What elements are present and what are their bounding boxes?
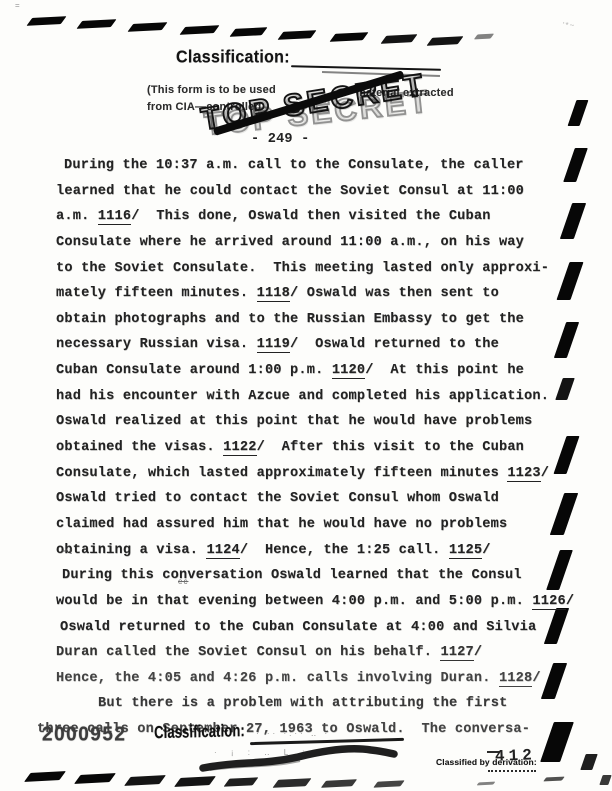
sprocket-hole-mark (26, 16, 66, 26)
scan-artifact: '*~ (563, 21, 575, 30)
footnote-ref: 1116 (98, 209, 131, 225)
body-line: Consulate where he arrived around 11:00 … (56, 235, 566, 261)
sprocket-hole-mark (24, 771, 66, 782)
body-line: learned that he could contact the Soviet… (56, 184, 566, 210)
footnote-ref: 1126 (532, 594, 565, 610)
body-line: obtain photographs and to the Russian Em… (56, 312, 566, 338)
body-text-segment: / (566, 594, 574, 609)
body-line: had his encounter with Azcue and complet… (56, 389, 566, 415)
body-text-segment: / Oswald was then sent to (290, 286, 499, 301)
body-text-segment: / (541, 466, 549, 481)
body-text-segment: claimed had assured him that he would ha… (56, 517, 507, 532)
body-text-segment: / At this point he (365, 363, 524, 378)
body-text-segment: a.m. (56, 209, 98, 224)
body-line: Oswald tried to contact the Soviet Consu… (56, 491, 566, 517)
sprocket-hole-mark (272, 778, 311, 788)
sprocket-hole-mark (329, 32, 368, 42)
sprocket-hole-mark (229, 27, 267, 37)
body-text-segment: Oswald realized at this point that he wo… (56, 414, 532, 429)
sprocket-hole-mark (426, 36, 463, 46)
sprocket-hole-mark (74, 773, 116, 784)
body-text: During the 10:37 a.m. call to the Consul… (56, 158, 566, 748)
footnote-ref: 1123 (507, 466, 540, 482)
sprocket-hole-mark (224, 777, 259, 786)
body-text-segment: / Oswald returned to the (290, 337, 499, 352)
body-text-segment: Oswald returned to the Cuban Consulate a… (60, 620, 536, 635)
body-text-segment: obtain photographs and to the Russian Em… (56, 312, 524, 327)
body-text-segment: Cuban Consulate around 1:00 p.m. (56, 363, 332, 378)
sprocket-hole-mark (174, 776, 216, 787)
body-text-segment: had his encounter with Azcue and complet… (56, 389, 549, 404)
body-text-segment: necessary Russian visa. (56, 337, 257, 352)
body-text-segment: would be in that evening between 4:00 p.… (56, 594, 532, 609)
footnote-ref: 1124 (206, 543, 239, 559)
body-line: Duran called the Soviet Consul on his be… (56, 645, 566, 671)
sprocket-hole-mark (474, 34, 494, 40)
sprocket-hole-mark (321, 779, 357, 788)
body-line: obtained the visas. 1122/ After this vis… (56, 440, 566, 466)
sprocket-hole-mark (373, 780, 404, 787)
footnote-ref: 1120 (332, 363, 365, 379)
scanned-document-page: Classification: (This form is to be used… (0, 0, 612, 791)
body-line: would be in that evening between 4:00 p.… (56, 594, 566, 620)
body-line: Consulate, which lasted approximately fi… (56, 466, 566, 492)
sprocket-hole-mark (543, 777, 565, 782)
sprocket-hole-mark (127, 22, 167, 32)
scan-artifact: = (15, 1, 20, 10)
footnote-ref: 1125 (449, 543, 482, 559)
pencil-annotation: ⇀t (61, 546, 73, 557)
sprocket-hole-mark (179, 25, 219, 35)
body-line: But there is a problem with attributing … (58, 696, 566, 722)
sprocket-hole-mark (124, 775, 166, 786)
sprocket-hole-mark (580, 754, 598, 770)
pencil-annotation: ec (178, 577, 188, 586)
serial-number-stamp: 2000952 (42, 723, 126, 747)
body-text-segment: / (532, 671, 540, 686)
body-line: necessary Russian visa. 1119/ Oswald ret… (56, 337, 566, 363)
classified-by-value: 412 (495, 746, 536, 765)
body-text-segment: / (482, 543, 490, 558)
sprocket-hole-mark (477, 782, 496, 786)
body-text-segment: / This done, Oswald then visited the Cub… (131, 209, 490, 224)
footnote-ref: 1119 (257, 337, 290, 353)
sprocket-hole-mark (563, 148, 588, 182)
body-text-segment: / Hence, the 1:25 call. (240, 543, 449, 558)
footnote-ref: 1118 (257, 286, 290, 302)
body-line: Oswald realized at this point that he wo… (56, 414, 566, 440)
sprocket-hole-mark (599, 775, 611, 785)
body-line: obtaining a visa. 1124/ Hence, the 1:25 … (56, 543, 566, 569)
body-text-segment: Hence, the 4:05 and 4:26 p.m. calls invo… (56, 671, 499, 686)
footnote-ref: 1128 (499, 671, 532, 687)
body-line: Hence, the 4:05 and 4:26 p.m. calls invo… (56, 671, 566, 697)
body-line: During the 10:37 a.m. call to the Consul… (64, 158, 566, 184)
sprocket-hole-mark (76, 19, 116, 29)
body-text-segment: During the 10:37 a.m. call to the Consul… (64, 158, 524, 173)
classification-label-top: Classification: (176, 48, 290, 68)
stamp-residue: · ¡ : ‥ L : (214, 748, 394, 757)
dotted-underline (488, 770, 536, 772)
classification-label-bottom: Classification: (154, 720, 245, 742)
body-text-segment: Consulate, which lasted approximately fi… (56, 466, 507, 481)
body-text-segment: mately fifteen minutes. (56, 286, 257, 301)
body-text-segment: to the Soviet Consulate. This meeting la… (56, 261, 549, 276)
body-text-segment: Oswald tried to contact the Soviet Consu… (56, 491, 499, 506)
body-text-segment: / (474, 645, 482, 660)
stamp-residue: · ·· ·:·· ‥ · (256, 729, 330, 738)
body-line: During this conversation Oswald learned … (62, 568, 566, 594)
body-line: mately fifteen minutes. 1118/ Oswald was… (56, 286, 566, 312)
sprocket-hole-mark (568, 100, 589, 126)
body-text-segment: obtained the visas. (56, 440, 223, 455)
body-text-segment: / After this visit to the Cuban (257, 440, 524, 455)
body-line: Cuban Consulate around 1:00 p.m. 1120/ A… (56, 363, 566, 389)
body-text-segment: obtaining a visa. (56, 543, 206, 558)
body-text-segment: But there is a problem with attributing … (98, 696, 508, 711)
sprocket-hole-mark (380, 34, 417, 44)
sprocket-hole-mark (277, 30, 316, 40)
footnote-ref: 1127 (440, 645, 473, 661)
body-text-segment: learned that he could contact the Soviet… (56, 184, 524, 199)
body-line: claimed had assured him that he would ha… (56, 517, 566, 543)
body-text-segment: Consulate where he arrived around 11:00 … (56, 235, 524, 250)
footnote-ref: 1122 (223, 440, 256, 456)
body-line: Oswald returned to the Cuban Consulate a… (60, 620, 566, 646)
body-text-segment: During this conversation Oswald learned … (62, 568, 522, 583)
body-line: a.m. 1116/ This done, Oswald then visite… (56, 209, 566, 235)
body-text-segment: Duran called the Soviet Consul on his be… (56, 645, 440, 660)
body-line: to the Soviet Consulate. This meeting la… (56, 261, 566, 287)
page-number: - 249 - (251, 132, 310, 147)
